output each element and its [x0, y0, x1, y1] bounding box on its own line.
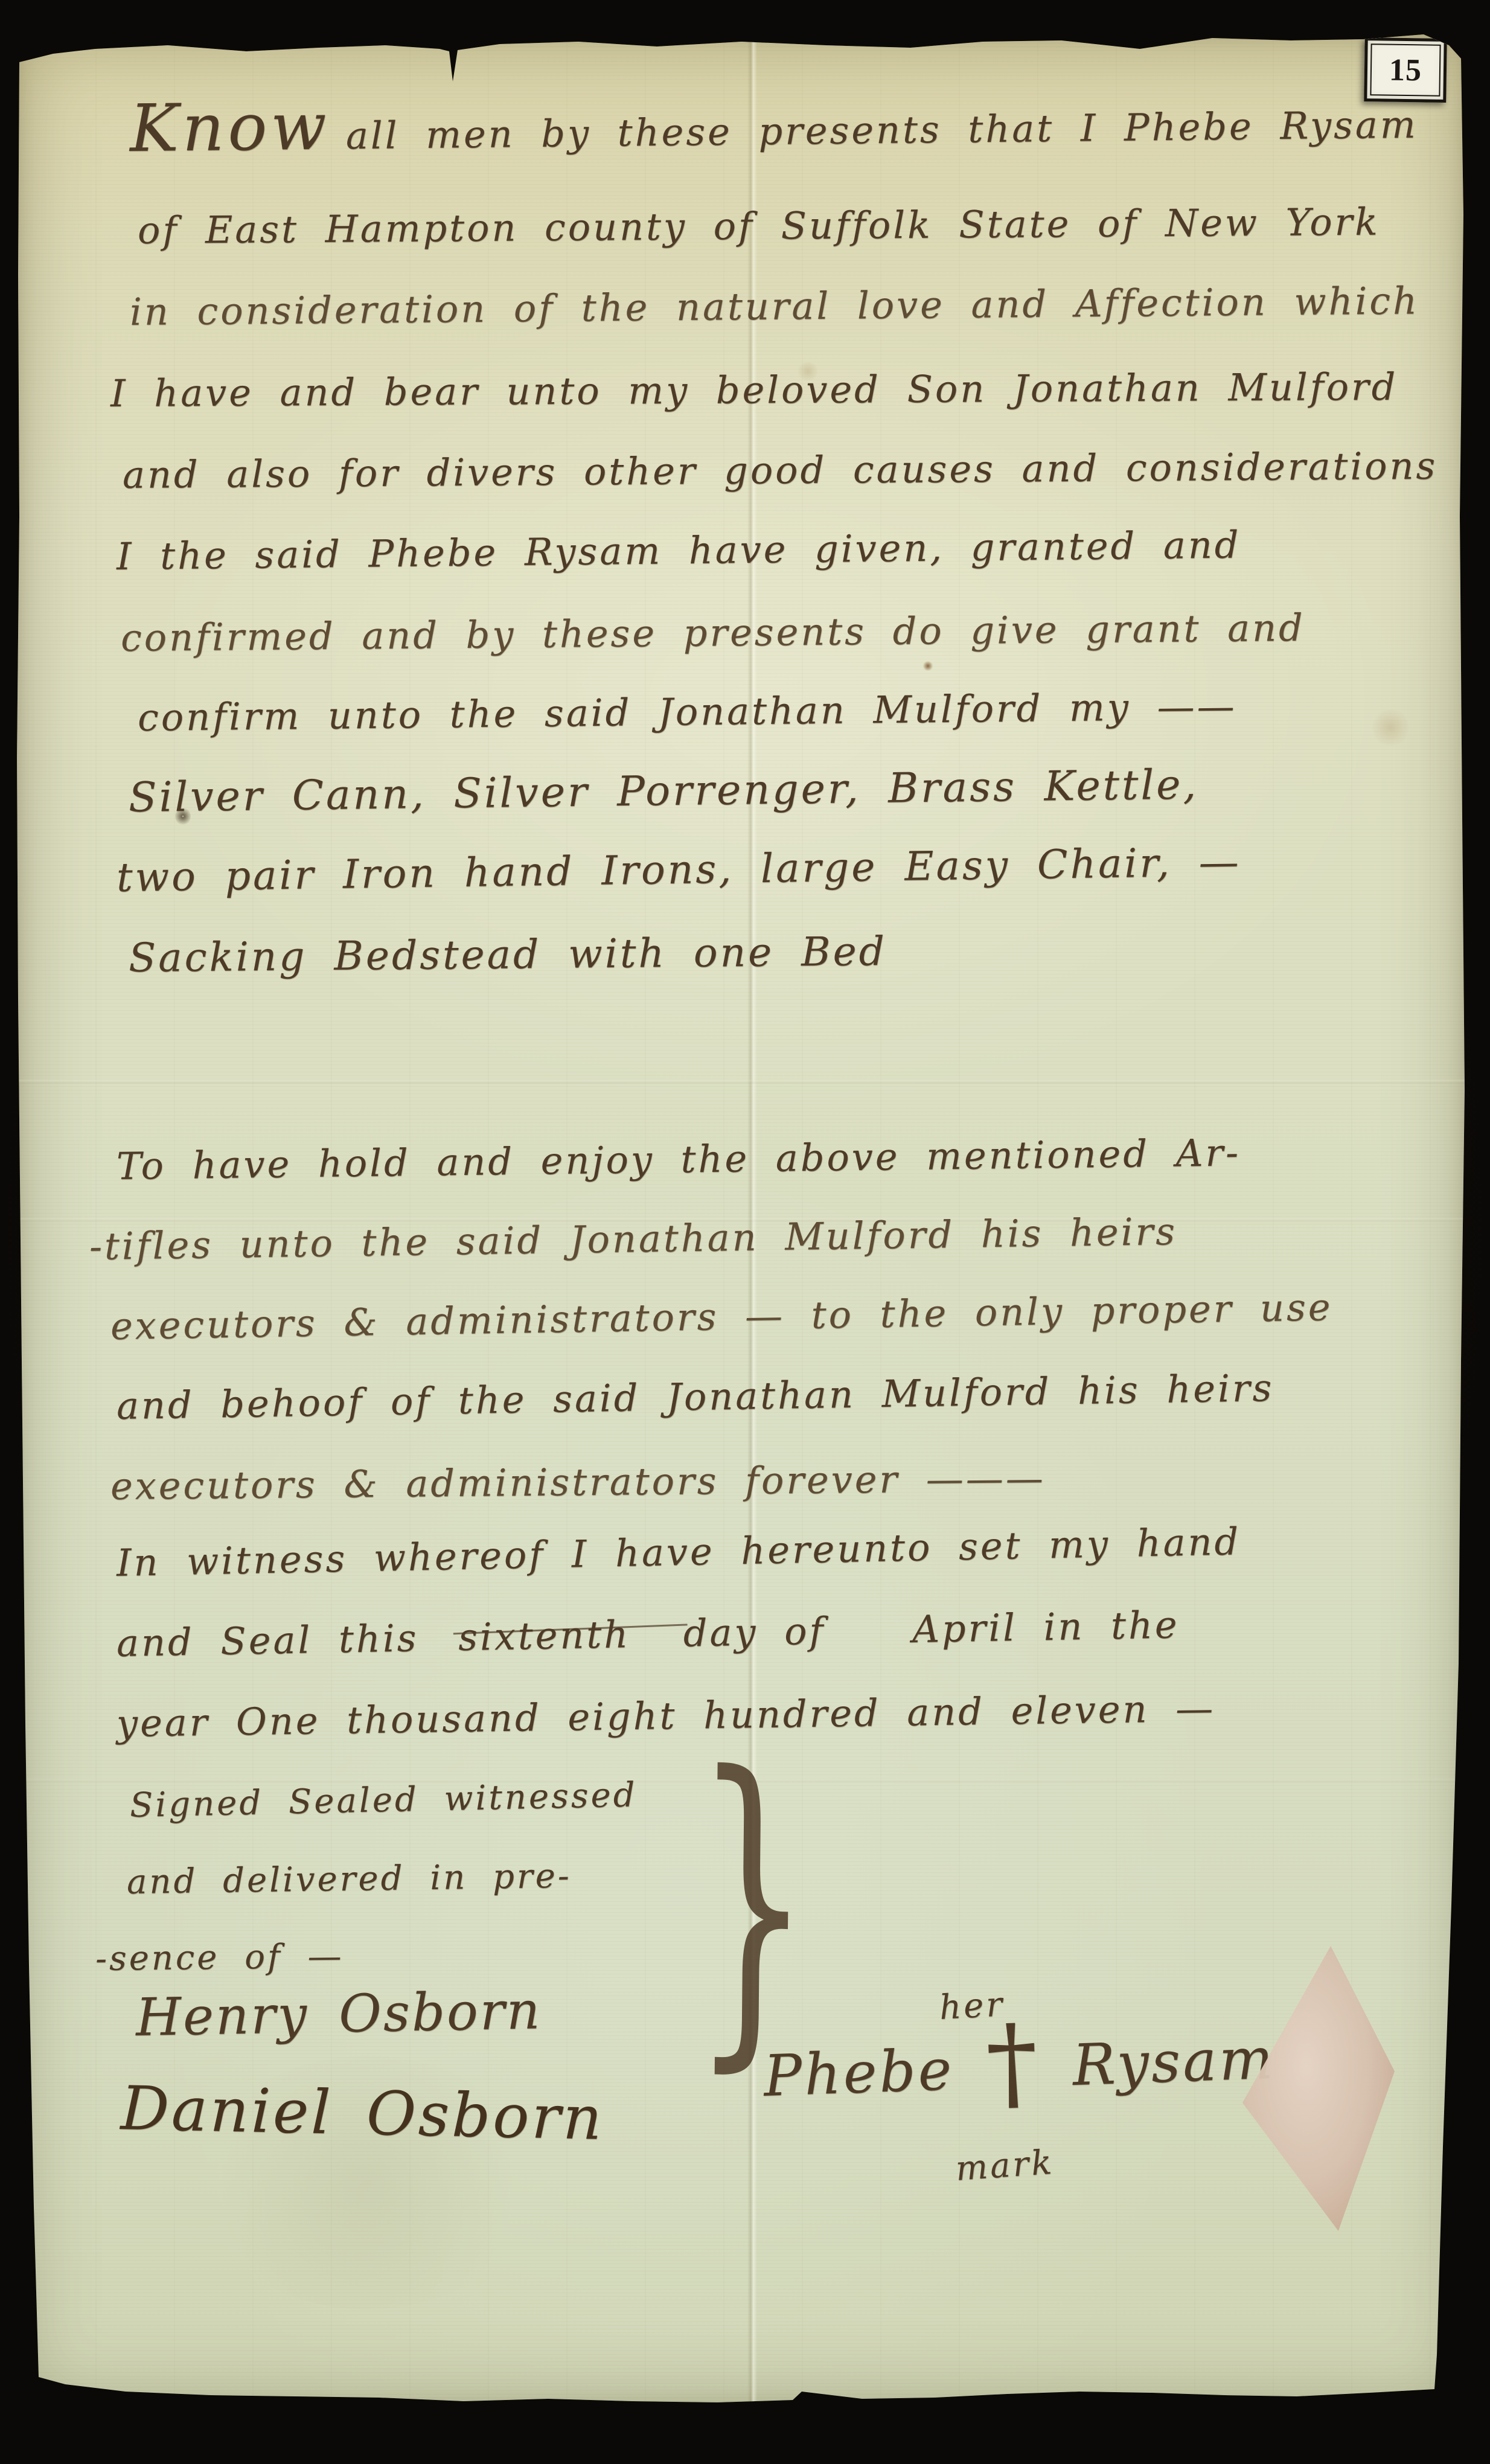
deed-line: and behoof of the said Jonathan Mulford … — [116, 1366, 1274, 1428]
date-line-day-word: sixtenth — [458, 1612, 630, 1659]
deed-line-opening: Knowall men by these presents that I Phe… — [129, 78, 1418, 167]
horizontal-fold-crease — [17, 1080, 1466, 1084]
deed-line: In witness whereof I have hereunto set m… — [116, 1519, 1241, 1585]
deed-line: -tifles unto the said Jonathan Mulford h… — [89, 1209, 1177, 1269]
date-line-mid: day of — [683, 1609, 826, 1656]
deed-line: confirm unto the said Jonathan Mulford m… — [138, 684, 1237, 740]
date-line-pre: and Seal this — [116, 1616, 419, 1665]
deed-line: and also for divers other good causes an… — [123, 444, 1438, 497]
signature-cross-mark-icon: † — [984, 2002, 1042, 2123]
attestation-line: and delivered in pre- — [127, 1857, 572, 1902]
document-paper: 15 Knowall men by these presents that I … — [17, 33, 1466, 2409]
signature-first-name: Phebe — [763, 2037, 955, 2110]
deed-line-text: all men by these presents that I Phebe R… — [345, 103, 1418, 158]
deed-line: executors & administrators forever ——— — [110, 1456, 1046, 1508]
deed-line: Sacking Bedstead with one Bed — [129, 928, 887, 981]
wax-seal — [1242, 1946, 1395, 2231]
signature-last-name: Rysam — [1072, 2026, 1276, 2099]
attestation-line: -sence of — — [95, 1937, 344, 1979]
foxing-spot — [922, 661, 933, 671]
attestation-brace: } — [692, 1772, 813, 2035]
date-line-month: April in the — [912, 1602, 1180, 1651]
deed-line: I the said Phebe Rysam have given, grant… — [117, 522, 1241, 578]
deed-line: of East Hampton county of Suffolk State … — [138, 200, 1380, 252]
signature-mark-label: mark — [954, 2143, 1055, 2189]
deed-line: confirmed and by these presents do give … — [121, 606, 1305, 660]
scan-background: 15 Knowall men by these presents that I … — [0, 0, 1490, 2464]
foxing-spot — [1369, 709, 1412, 746]
attestation-line: Signed Sealed witnessed — [129, 1775, 638, 1825]
deed-line: To have hold and enjoy the above mention… — [117, 1130, 1241, 1188]
principal-signature: Phebe † Rysam — [763, 2026, 1276, 2110]
deed-line: in consideration of the natural love and… — [130, 278, 1420, 334]
deed-line: two pair Iron hand Irons, large Easy Cha… — [116, 839, 1241, 901]
deed-line: I have and bear unto my beloved Son Jona… — [110, 365, 1398, 415]
witness-signature: Daniel Osborn — [120, 2073, 605, 2154]
opening-word: Know — [129, 89, 330, 167]
deed-date-line: and Seal this sixtenth day of April in t… — [116, 1602, 1180, 1665]
deed-line: Silver Cann, Silver Porrenger, Brass Ket… — [129, 761, 1199, 822]
witness-signature: Henry Osborn — [135, 1980, 542, 2048]
deed-line: executors & administrators — to the only… — [110, 1285, 1333, 1348]
deed-line: year One thousand eight hundred and elev… — [116, 1686, 1215, 1746]
